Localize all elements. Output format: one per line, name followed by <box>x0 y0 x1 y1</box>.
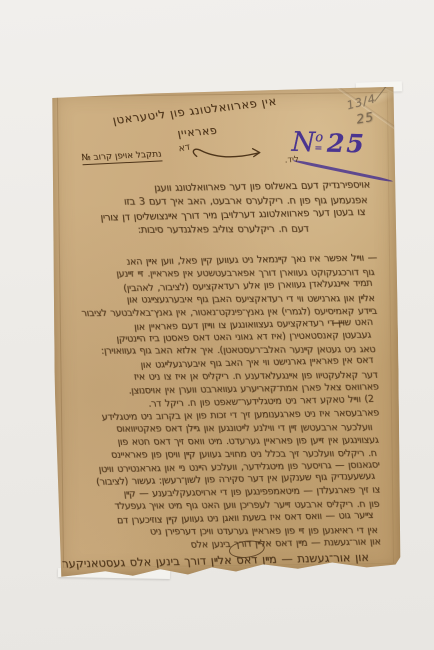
manuscript-paper: 13/4 25 No 25 אין פארוואלטונג פון ליטערא… <box>51 87 401 577</box>
manuscript-line: דעם ח. ריקלערס צוליב פאלגנדער סיבות: <box>70 223 310 238</box>
registry-number: No 25 <box>291 127 368 160</box>
header-addressee-line2: פאראיין <box>176 124 218 140</box>
pencil-number-note: 25 <box>355 109 375 127</box>
registry-number-value: 25 <box>327 129 366 159</box>
main-paragraph: — ווײל אפשר איז נאך קײנמאל ניט געווען קײ… <box>71 253 381 569</box>
pencil-date-note: 13/4 <box>345 87 401 113</box>
header-addressee-line: אין פארוואלטונג פון ליטעראטן <box>111 94 278 127</box>
side-note: ליד. <box>284 155 299 166</box>
received-note: נתקבל אויפן קרוב № <box>81 149 163 165</box>
numero-sign: No <box>291 127 322 159</box>
manuscript-photo: 13/4 25 No 25 אין פארוואלטונג פון ליטערא… <box>0 0 434 650</box>
pointer-arrow-icon <box>190 145 268 162</box>
intro-paragraph: אויספירנדיק דעם באשלוס פון דער פארוואלטו… <box>70 179 371 239</box>
